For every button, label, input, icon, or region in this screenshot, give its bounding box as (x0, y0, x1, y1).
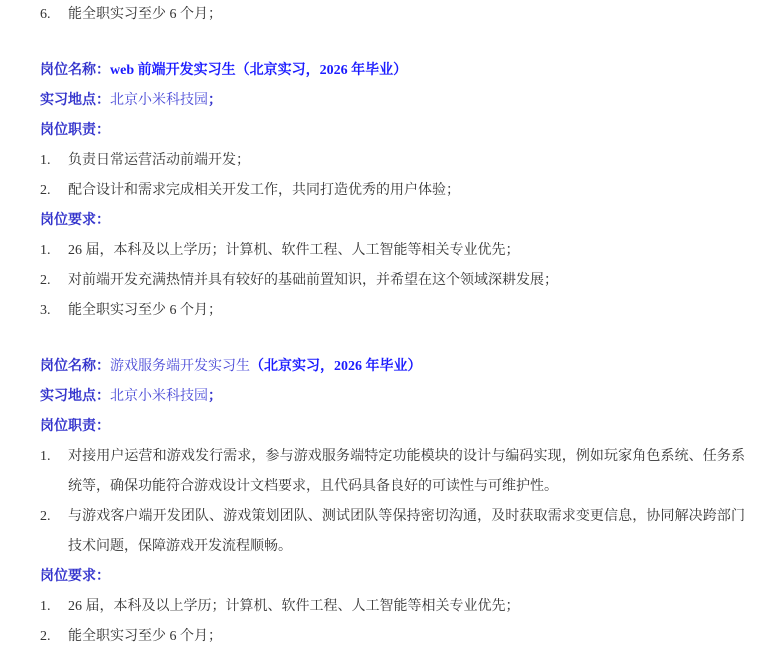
location-link[interactable]: 北京小米科技园 (110, 93, 208, 108)
job-section-game-server: 岗位名称：游戏服务端开发实习生（北京实习，2026 年毕业） 实习地点：北京小米… (40, 352, 745, 648)
list-number: 1. (40, 592, 68, 622)
job-title: web 前端开发实习生 (110, 63, 236, 78)
job-title-paren: （北京实习，2026 年毕业） (250, 359, 422, 374)
job-title-paren: （北京实习，2026 年毕业） (236, 63, 408, 78)
list-number: 2. (40, 266, 68, 296)
list-item-text: 能全职实习至少 6 个月； (68, 296, 745, 326)
list-item: 6. 能全职实习至少 6 个月； (40, 0, 745, 30)
list-item-text: 能全职实习至少 6 个月； (68, 0, 745, 30)
job-location-line: 实习地点：北京小米科技园； (40, 382, 745, 412)
list-number: 1. (40, 146, 68, 176)
list-item-text: 对前端开发充满热情并具有较好的基础前置知识，并希望在这个领域深耕发展； (68, 266, 745, 296)
list-number: 1. (40, 236, 68, 266)
list-item: 1. 对接用户运营和游戏发行需求，参与游戏服务端特定功能模块的设计与编码实现，例… (40, 442, 745, 502)
list-item: 2. 配合设计和需求完成相关开发工作，共同打造优秀的用户体验； (40, 176, 745, 206)
list-item-text: 负责日常运营活动前端开发； (68, 146, 745, 176)
list-number: 1. (40, 442, 68, 502)
job-section-web-frontend: 岗位名称：web 前端开发实习生（北京实习，2026 年毕业） 实习地点：北京小… (40, 56, 745, 326)
job-name-label: 岗位名称： (40, 63, 110, 78)
list-item: 2. 与游戏客户端开发团队、游戏策划团队、测试团队等保持密切沟通，及时获取需求变… (40, 502, 745, 562)
list-item-text: 26 届，本科及以上学历；计算机、软件工程、人工智能等相关专业优先； (68, 236, 745, 266)
job-name-line: 岗位名称：游戏服务端开发实习生（北京实习，2026 年毕业） (40, 352, 745, 382)
duties-heading: 岗位职责： (40, 116, 745, 146)
job-title: 游戏服务端开发实习生 (110, 359, 250, 374)
list-item-text: 26 届，本科及以上学历；计算机、软件工程、人工智能等相关专业优先； (68, 592, 745, 622)
job-name-label: 岗位名称： (40, 359, 110, 374)
list-number: 2. (40, 502, 68, 562)
duties-label: 岗位职责： (40, 123, 110, 138)
location-suffix: ； (208, 389, 222, 404)
requirements-label: 岗位要求： (40, 569, 110, 584)
list-item-text: 对接用户运营和游戏发行需求，参与游戏服务端特定功能模块的设计与编码实现，例如玩家… (68, 442, 745, 502)
list-item-text: 配合设计和需求完成相关开发工作，共同打造优秀的用户体验； (68, 176, 745, 206)
list-item: 2. 能全职实习至少 6 个月； (40, 622, 745, 648)
requirements-heading: 岗位要求： (40, 206, 745, 236)
list-item-text: 与游戏客户端开发团队、游戏策划团队、测试团队等保持密切沟通，及时获取需求变更信息… (68, 502, 745, 562)
location-label: 实习地点： (40, 93, 110, 108)
job-location-line: 实习地点：北京小米科技园； (40, 86, 745, 116)
list-item: 1. 26 届，本科及以上学历；计算机、软件工程、人工智能等相关专业优先； (40, 236, 745, 266)
list-number: 6. (40, 0, 68, 30)
list-item: 3. 能全职实习至少 6 个月； (40, 296, 745, 326)
requirements-heading: 岗位要求： (40, 562, 745, 592)
list-item: 1. 负责日常运营活动前端开发； (40, 146, 745, 176)
list-number: 2. (40, 622, 68, 648)
location-label: 实习地点： (40, 389, 110, 404)
duties-label: 岗位职责： (40, 419, 110, 434)
document-page: 6. 能全职实习至少 6 个月； 岗位名称：web 前端开发实习生（北京实习，2… (0, 0, 778, 648)
list-item-text: 能全职实习至少 6 个月； (68, 622, 745, 648)
list-item: 2. 对前端开发充满热情并具有较好的基础前置知识，并希望在这个领域深耕发展； (40, 266, 745, 296)
requirements-label: 岗位要求： (40, 213, 110, 228)
list-item: 1. 26 届，本科及以上学历；计算机、软件工程、人工智能等相关专业优先； (40, 592, 745, 622)
location-link[interactable]: 北京小米科技园 (110, 389, 208, 404)
list-number: 3. (40, 296, 68, 326)
job-name-line: 岗位名称：web 前端开发实习生（北京实习，2026 年毕业） (40, 56, 745, 86)
list-number: 2. (40, 176, 68, 206)
duties-heading: 岗位职责： (40, 412, 745, 442)
location-suffix: ； (208, 93, 222, 108)
